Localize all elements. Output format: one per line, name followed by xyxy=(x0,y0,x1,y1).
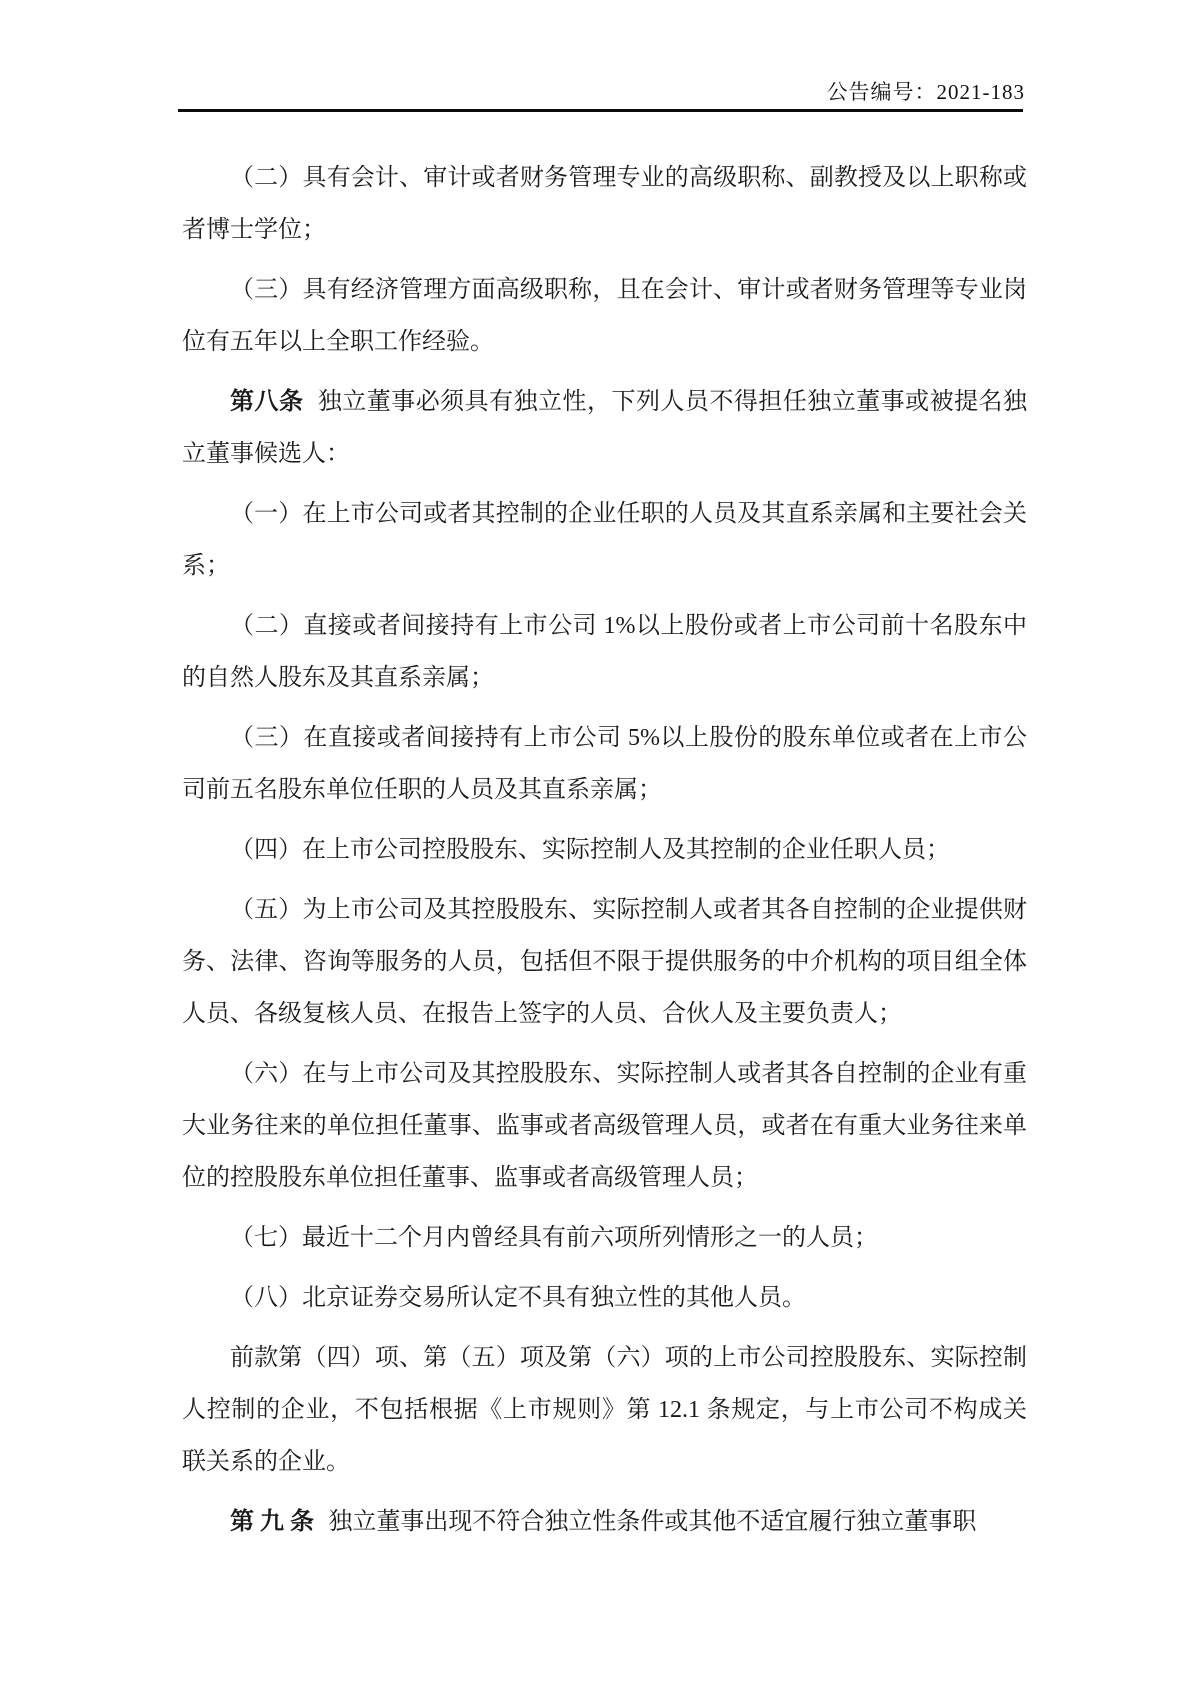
paragraph-text: （六）在与上市公司及其控股股东、实际控制人或者其各自控制的企业有重大业务往来的单… xyxy=(182,1061,1027,1191)
paragraph: （八）北京证券交易所认定不具有独立性的其他人员。 xyxy=(182,1272,1027,1324)
paragraph: （六）在与上市公司及其控股股东、实际控制人或者其各自控制的企业有重大业务往来的单… xyxy=(182,1048,1027,1204)
paragraph: （三）在直接或者间接持有上市公司 5%以上股份的股东单位或者在上市公司前五名股东… xyxy=(182,712,1027,816)
paragraph: （四）在上市公司控股股东、实际控制人及其控制的企业任职人员； xyxy=(182,824,1027,876)
paragraph-text: （四）在上市公司控股股东、实际控制人及其控制的企业任职人员； xyxy=(230,837,950,863)
paragraph: （二）具有会计、审计或者财务管理专业的高级职称、副教授及以上职称或者博士学位； xyxy=(182,152,1027,256)
paragraph-text: （三）在直接或者间接持有上市公司 5%以上股份的股东单位或者在上市公司前五名股东… xyxy=(182,725,1027,803)
paragraph: 前款第（四）项、第（五）项及第（六）项的上市公司控股股东、实际控制人控制的企业，… xyxy=(182,1332,1027,1488)
paragraph: 第 九 条独立董事出现不符合独立性条件或其他不适宜履行独立董事职 xyxy=(182,1496,1027,1548)
article-8-label: 第八条 xyxy=(230,389,303,415)
paragraph: （一）在上市公司或者其控制的企业任职的人员及其直系亲属和主要社会关系； xyxy=(182,488,1027,592)
document-body: （二）具有会计、审计或者财务管理专业的高级职称、副教授及以上职称或者博士学位； … xyxy=(182,152,1027,1556)
paragraph-text: （二）具有会计、审计或者财务管理专业的高级职称、副教授及以上职称或者博士学位； xyxy=(182,165,1027,243)
paragraph-text: （五）为上市公司及其控股股东、实际控制人或者其各自控制的企业提供财务、法律、咨询… xyxy=(182,897,1027,1027)
announcement-number: 公告编号：2021-183 xyxy=(180,76,1025,106)
paragraph-text: 前款第（四）项、第（五）项及第（六）项的上市公司控股股东、实际控制人控制的企业，… xyxy=(182,1345,1027,1475)
paragraph: （五）为上市公司及其控股股东、实际控制人或者其各自控制的企业提供财务、法律、咨询… xyxy=(182,884,1027,1040)
header-divider-rule xyxy=(178,109,1023,112)
paragraph-text: 独立董事出现不符合独立性条件或其他不适宜履行独立董事职 xyxy=(328,1509,976,1535)
paragraph-text: （一）在上市公司或者其控制的企业任职的人员及其直系亲属和主要社会关系； xyxy=(182,501,1027,579)
paragraph: （二）直接或者间接持有上市公司 1%以上股份或者上市公司前十名股东中的自然人股东… xyxy=(182,600,1027,704)
paragraph-text: 独立董事必须具有独立性，下列人员不得担任独立董事或被提名独立董事候选人： xyxy=(182,389,1027,467)
paragraph-text: （八）北京证券交易所认定不具有独立性的其他人员。 xyxy=(230,1285,806,1311)
document-page: 公告编号：2021-183 （二）具有会计、审计或者财务管理专业的高级职称、副教… xyxy=(0,0,1199,1696)
article-9-label: 第 九 条 xyxy=(230,1509,314,1535)
paragraph-text: （三）具有经济管理方面高级职称，且在会计、审计或者财务管理等专业岗位有五年以上全… xyxy=(182,277,1027,355)
paragraph: 第八条独立董事必须具有独立性，下列人员不得担任独立董事或被提名独立董事候选人： xyxy=(182,376,1027,480)
paragraph: （三）具有经济管理方面高级职称，且在会计、审计或者财务管理等专业岗位有五年以上全… xyxy=(182,264,1027,368)
paragraph-text: （七）最近十二个月内曾经具有前六项所列情形之一的人员； xyxy=(230,1225,878,1251)
paragraph: （七）最近十二个月内曾经具有前六项所列情形之一的人员； xyxy=(182,1212,1027,1264)
paragraph-text: （二）直接或者间接持有上市公司 1%以上股份或者上市公司前十名股东中的自然人股东… xyxy=(182,613,1027,691)
